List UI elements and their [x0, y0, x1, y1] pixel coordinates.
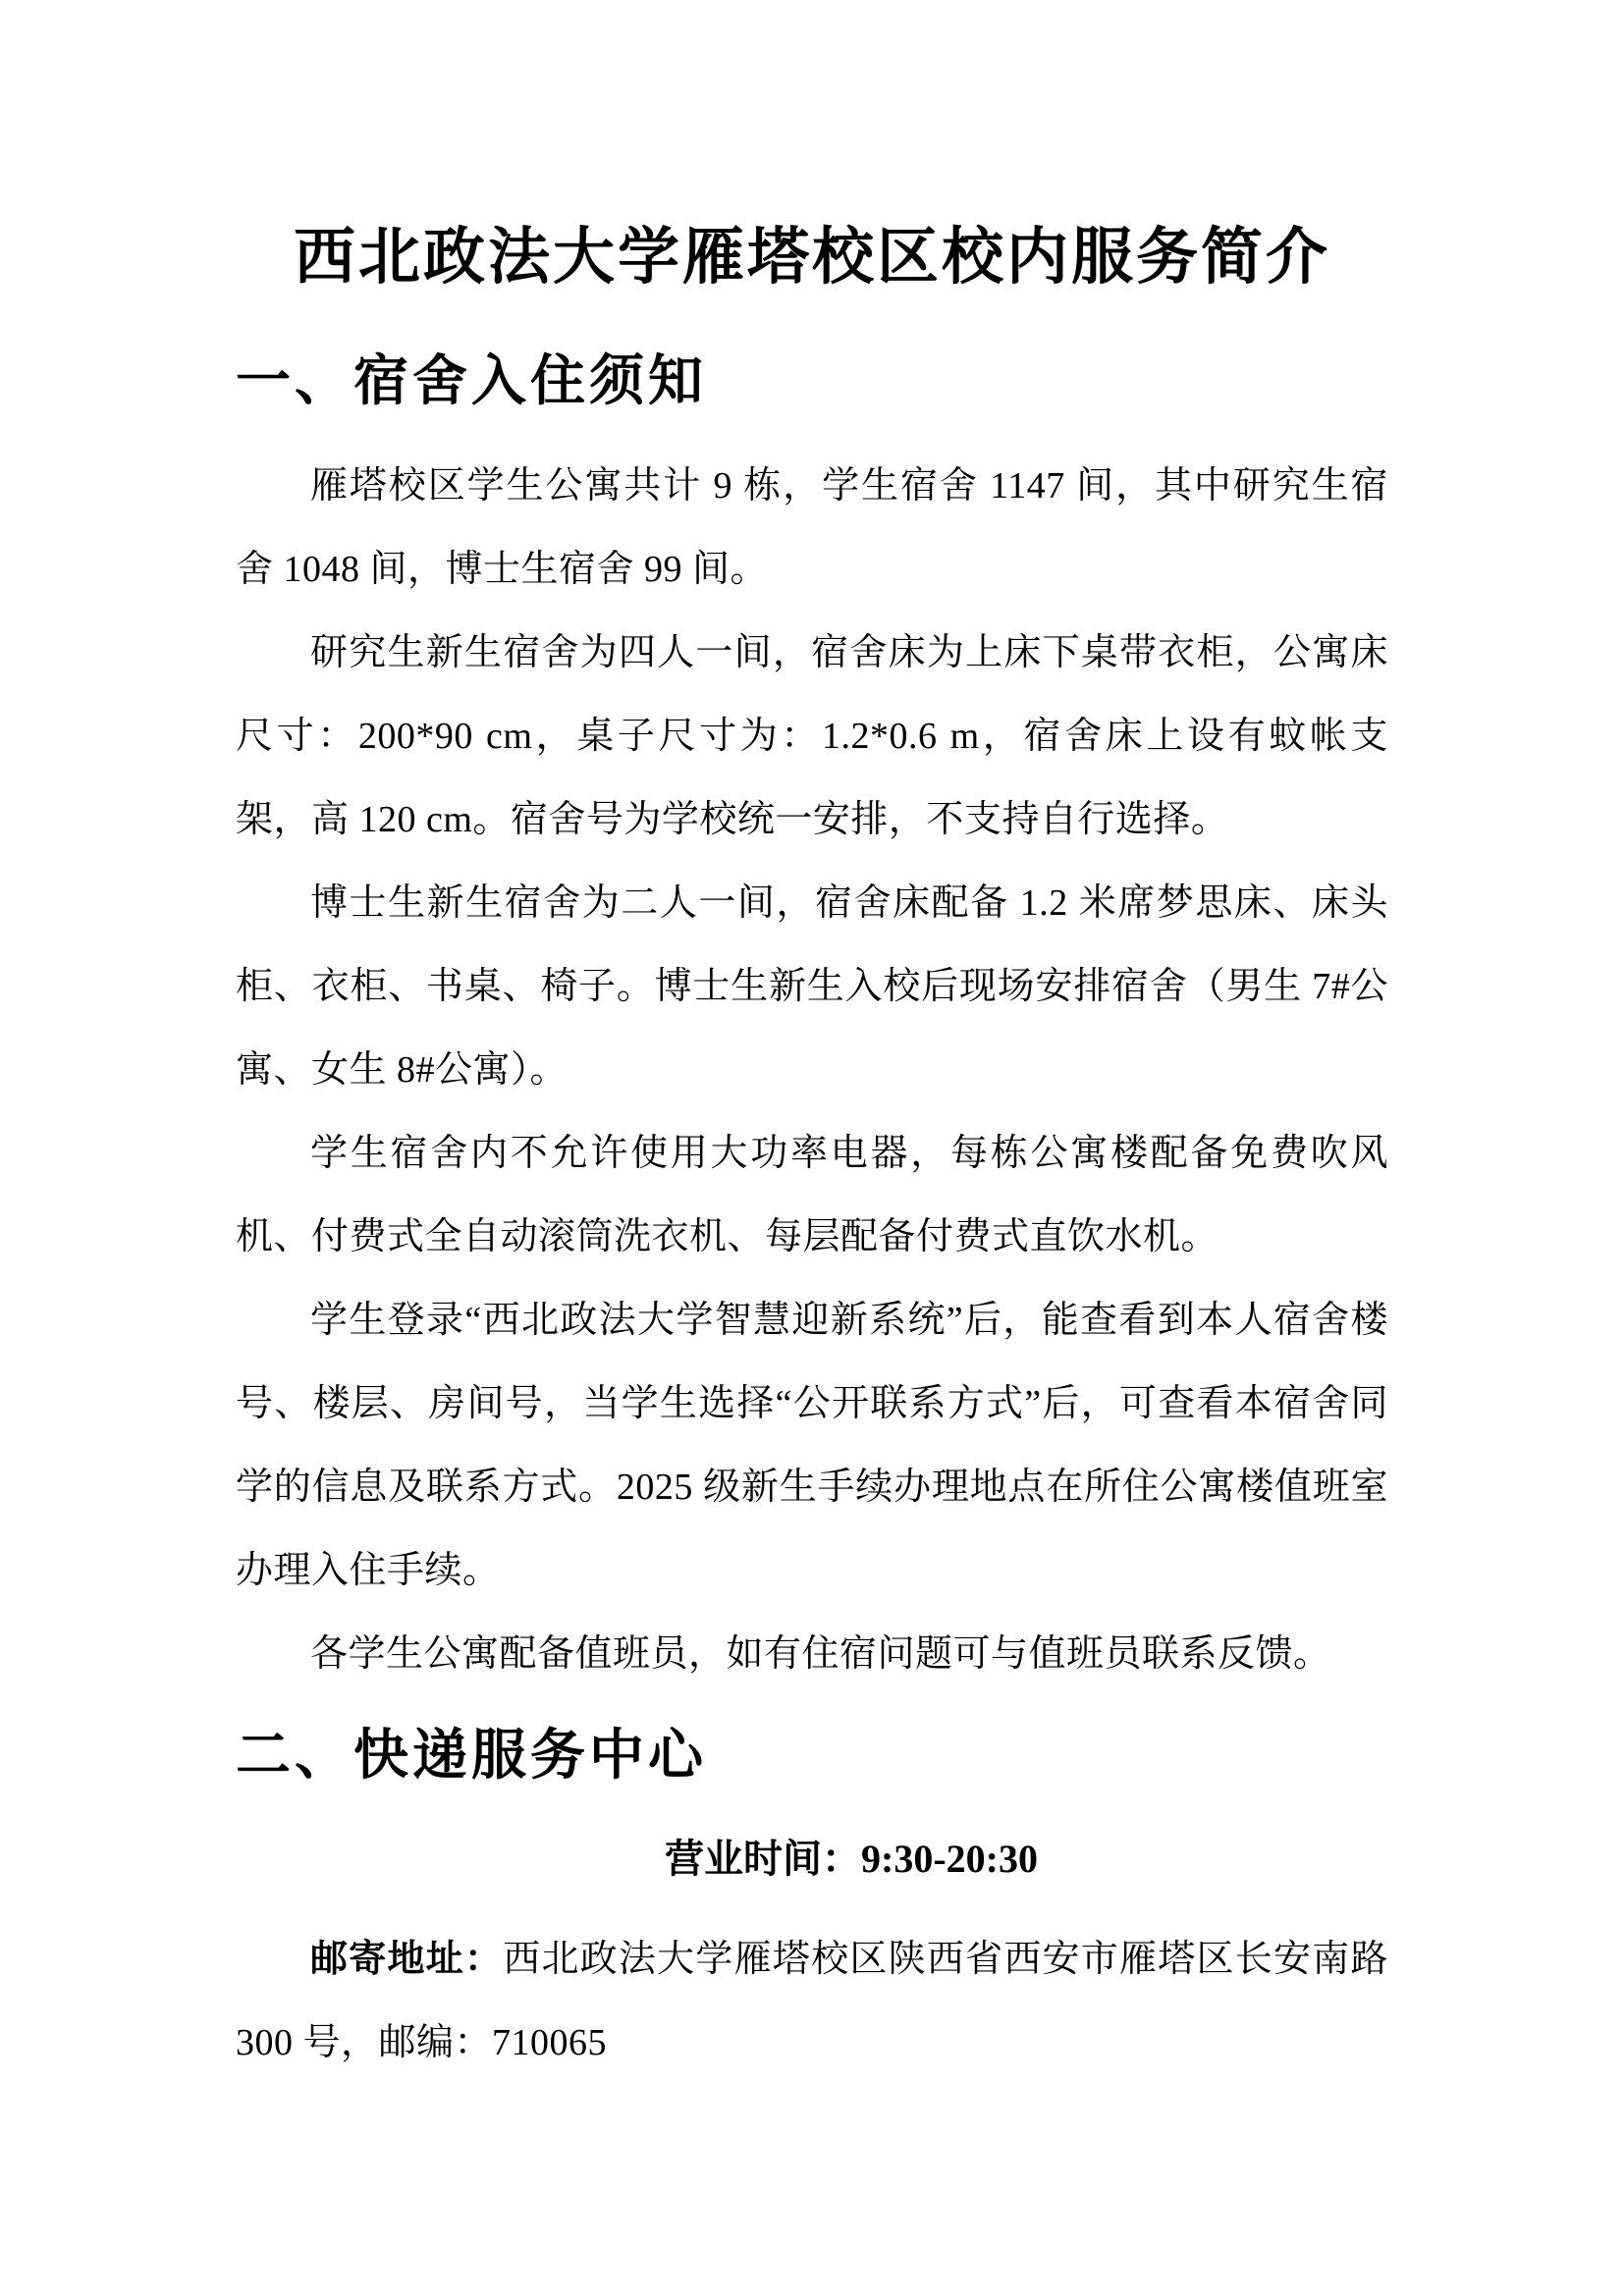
duty-staff-paragraph: 各学生公寓配备值班员，如有住宿问题可与值班员联系反馈。 — [236, 1613, 1388, 1696]
business-hours-line: 营业时间：9:30-20:30 — [236, 1817, 1388, 1900]
dorm-section-body: 雁塔校区学生公寓共计 9 栋，学生宿舍 1147 间，其中研究生宿舍 1048 … — [236, 445, 1388, 1696]
grad-dorm-paragraph: 研究生新生宿舍为四人一间，宿舍床为上床下桌带衣柜，公寓床尺寸：200*90 cm… — [236, 612, 1388, 862]
appliance-rules-paragraph: 学生宿舍内不允许使用大功率电器，每栋公寓楼配备免费吹风机、付费式全自动滚筒洗衣机… — [236, 1112, 1388, 1279]
document-title: 西北政法大学雁塔校区校内服务简介 — [236, 221, 1388, 295]
mailing-address-paragraph: 邮寄地址：西北政法大学雁塔校区陕西省西安市雁塔区长安南路 300 号，邮编：71… — [236, 1918, 1388, 2085]
dorm-overview-paragraph: 雁塔校区学生公寓共计 9 栋，学生宿舍 1147 间，其中研究生宿舍 1048 … — [236, 445, 1388, 612]
section-heading-express: 二、快递服务中心 — [236, 1724, 1388, 1789]
phd-dorm-paragraph: 博士生新生宿舍为二人一间，宿舍床配备 1.2 米席梦思床、床头柜、衣柜、书桌、椅… — [236, 862, 1388, 1112]
document-page: 西北政法大学雁塔校区校内服务简介 一、宿舍入住须知 雁塔校区学生公寓共计 9 栋… — [0, 0, 1624, 2296]
section-heading-dorm: 一、宿舍入住须知 — [236, 349, 1388, 415]
system-login-paragraph: 学生登录“西北政法大学智慧迎新系统”后，能查看到本人宿舍楼号、楼层、房间号，当学… — [236, 1279, 1388, 1613]
mailing-address-label: 邮寄地址： — [310, 1939, 503, 1980]
